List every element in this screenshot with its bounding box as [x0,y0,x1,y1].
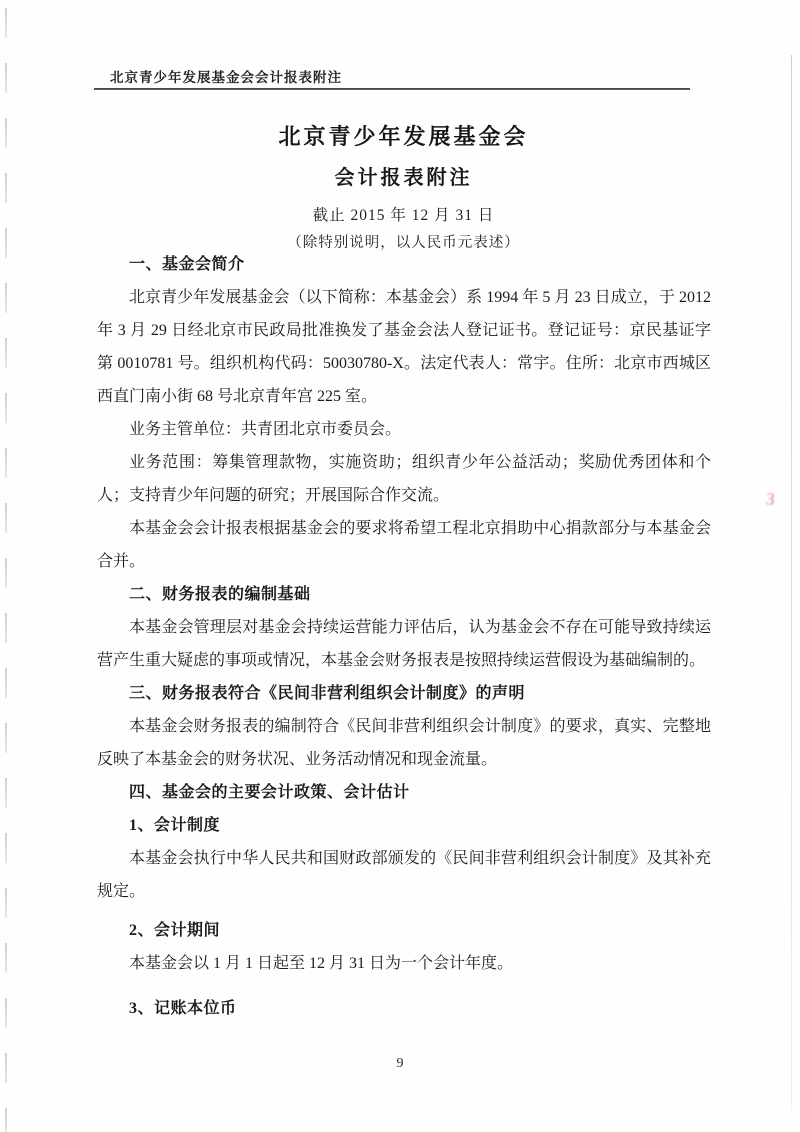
subsection-heading-functional-currency: 3、记账本位币 [97,992,711,1025]
paragraph-going-concern: 本基金会管理层对基金会持续运营能力评估后，认为基金会不存在可能导致持续运营产生重… [97,611,711,677]
title-block: 北京青少年发展基金会 会计报表附注 截止 2015 年 12 月 31 日 （除… [97,120,710,252]
running-header-text: 北京青少年发展基金会会计报表附注 [110,70,342,85]
document-page: 3 北京青少年发展基金会会计报表附注 北京青少年发展基金会 会计报表附注 截止 … [0,0,800,1132]
document-title: 北京青少年发展基金会 [97,120,710,151]
scan-red-artifact: 3 [765,489,776,511]
subsection-heading-accounting-system: 1、会计制度 [97,809,711,842]
page-number: 9 [0,1056,800,1072]
paragraph-compliance-statement: 本基金会财务报表的编制符合《民间非营利组织会计制度》的要求，真实、完整地反映了本… [97,710,711,776]
section-heading-4: 四、基金会的主要会计政策、会计估计 [97,776,711,809]
paragraph-foundation-intro: 北京青少年发展基金会（以下简称：本基金会）系 1994 年 5 月 23 日成立… [97,281,711,413]
paragraph-consolidation-note: 本基金会会计报表根据基金会的要求将希望工程北京捐助中心捐款部分与本基金会合并。 [97,512,711,578]
header-rule [94,88,690,90]
subsection-heading-accounting-period: 2、会计期间 [97,914,711,947]
document-body: 一、基金会简介 北京青少年发展基金会（以下简称：本基金会）系 1994 年 5 … [97,248,711,1025]
as-of-date: 截止 2015 年 12 月 31 日 [97,203,710,225]
paragraph-accounting-system: 本基金会执行中华人民共和国财政部颁发的《民间非营利组织会计制度》及其补充规定。 [97,842,711,908]
running-header: 北京青少年发展基金会会计报表附注 [110,66,342,86]
scan-edge-dash-marks [5,8,7,1132]
section-heading-2: 二、财务报表的编制基础 [97,578,711,611]
paragraph-business-scope: 业务范围：筹集管理款物，实施资助；组织青少年公益活动；奖励优秀团体和个人；支持青… [97,446,711,512]
paragraph-accounting-period: 本基金会以 1 月 1 日起至 12 月 31 日为一个会计年度。 [97,947,711,980]
document-subtitle: 会计报表附注 [97,161,710,190]
scan-edge-line [791,55,792,1110]
section-heading-3: 三、财务报表符合《民间非营利组织会计制度》的声明 [97,677,711,710]
section-heading-1: 一、基金会简介 [97,248,711,281]
paragraph-supervising-unit: 业务主管单位：共青团北京市委员会。 [97,413,711,446]
